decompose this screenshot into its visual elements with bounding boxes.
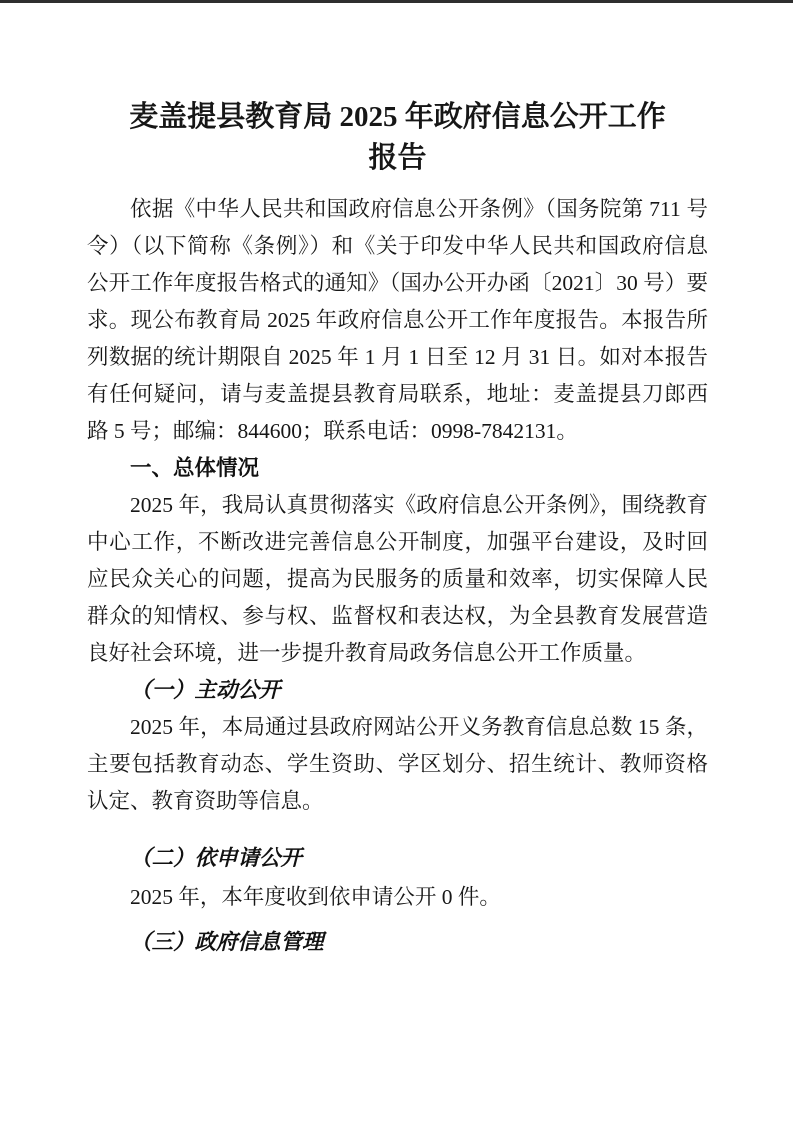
document-title-line2: 报告 — [368, 142, 426, 174]
subsection-heading-disclosure-on-request: （二）依申请公开 — [87, 840, 708, 877]
overall-situation-paragraph: 2025 年，我局认真贯彻落实《政府信息公开条例》，围绕教育中心工作，不断改进完… — [87, 487, 708, 672]
document-title-line1: 麦盖提县教育局 2025 年政府信息公开工作 — [129, 101, 666, 133]
page-top-border — [0, 0, 793, 3]
document-title: 麦盖提县教育局 2025 年政府信息公开工作 报告 — [87, 97, 708, 179]
disclosure-on-request-paragraph: 2025 年，本年度收到依申请公开 0 件。 — [87, 879, 708, 916]
section-heading-overall-situation: 一、总体情况 — [87, 450, 708, 487]
subsection-heading-active-disclosure: （一）主动公开 — [87, 672, 708, 709]
intro-paragraph: 依据《中华人民共和国政府信息公开条例》（国务院第 711 号令）（以下简称《条例… — [87, 191, 708, 450]
subsection-heading-information-management: （三）政府信息管理 — [87, 924, 708, 961]
document-content: 麦盖提县教育局 2025 年政府信息公开工作 报告 依据《中华人民共和国政府信息… — [0, 0, 793, 961]
active-disclosure-paragraph: 2025 年，本局通过县政府网站公开义务教育信息总数 15 条，主要包括教育动态… — [87, 709, 708, 820]
document-page: 麦盖提县教育局 2025 年政府信息公开工作 报告 依据《中华人民共和国政府信息… — [0, 0, 793, 1122]
